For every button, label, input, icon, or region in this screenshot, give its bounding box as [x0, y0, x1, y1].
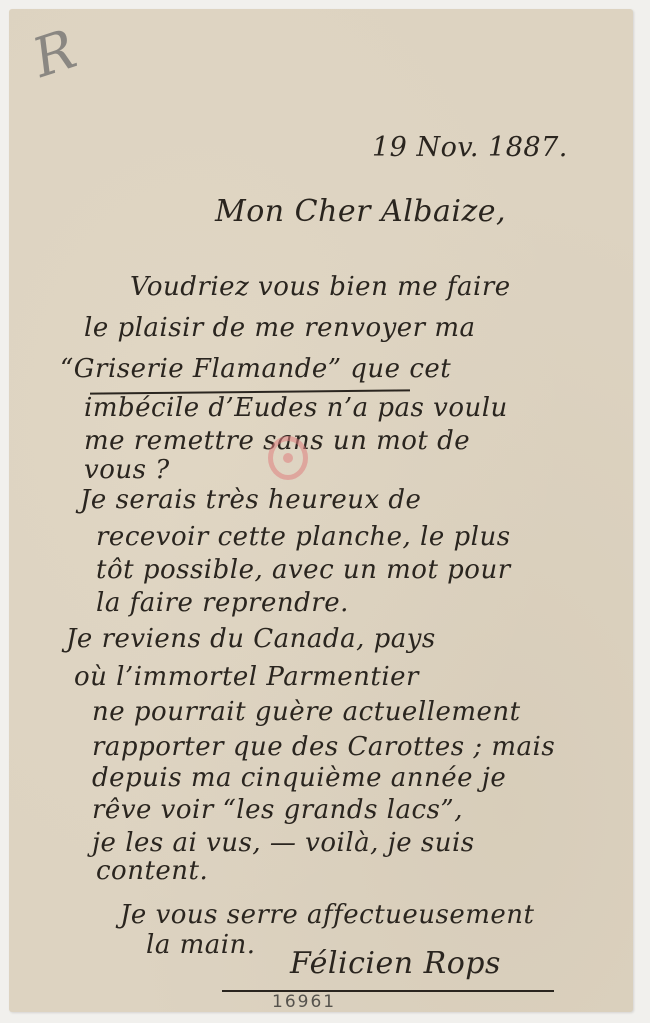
closing-line: Je vous serre affectueusement	[120, 900, 535, 930]
body-line: “Griserie Flamande” que cet	[60, 354, 451, 384]
catalog-number: 16961	[272, 992, 336, 1012]
body-line: recevoir cette planche, le plus	[96, 522, 511, 552]
body-line: Je serais très heureux de	[80, 485, 421, 515]
body-line: Je reviens du Canada, pays	[66, 624, 436, 654]
body-line: rapporter que des Carottes ; mais	[92, 732, 555, 762]
letter-date: 19 Nov. 1887.	[372, 132, 568, 163]
body-line: rêve voir “les grands lacs”,	[92, 795, 463, 825]
stamp-center	[283, 453, 293, 463]
library-stamp	[268, 436, 308, 480]
body-line: la faire reprendre.	[96, 588, 349, 618]
body-line: Voudriez vous bien me faire	[130, 272, 511, 302]
body-line: imbécile d’Eudes n’a pas voulu	[84, 393, 508, 423]
body-line: je les ai vus, — voilà, je suis	[92, 828, 475, 858]
body-line: tôt possible, avec un mot pour	[96, 555, 511, 585]
body-line: content.	[96, 856, 208, 886]
body-line: vous ?	[84, 455, 170, 485]
body-line: le plaisir de me renvoyer ma	[84, 313, 476, 343]
signature: Félicien Rops	[290, 946, 501, 981]
closing-line: la main.	[146, 930, 256, 960]
salutation: Mon Cher Albaize,	[215, 194, 506, 229]
body-line: ne pourrait guère actuellement	[92, 697, 521, 727]
body-line: depuis ma cinquième année je	[92, 763, 506, 793]
body-line: où l’immortel Parmentier	[74, 662, 419, 692]
